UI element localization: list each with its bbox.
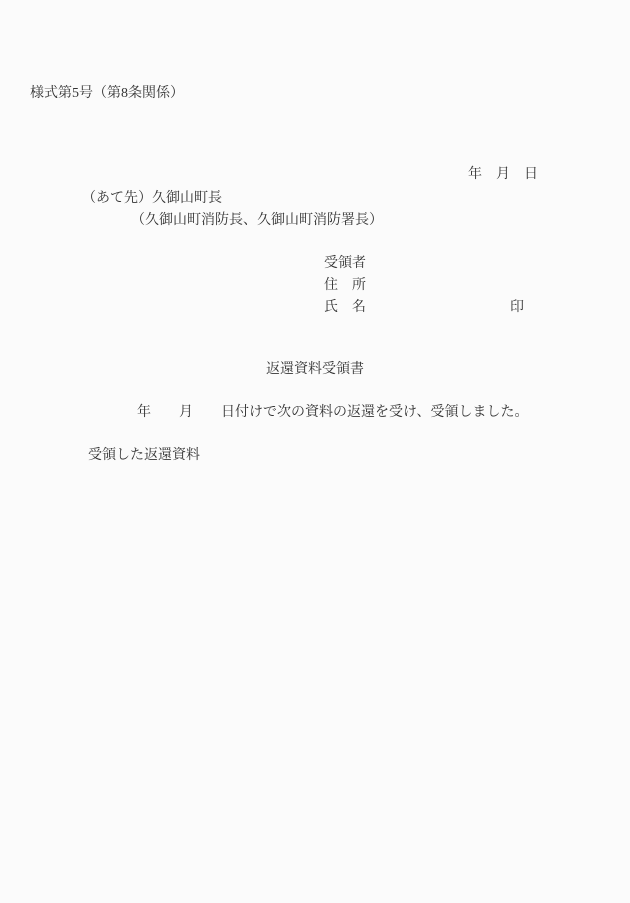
form-number: 様式第5号（第8条関係） [30, 84, 184, 104]
receipt-statement: 年 月 日付けで次の資料の返還を受け、受領しました。 [137, 403, 528, 423]
document-title: 返還資料受領書 [0, 360, 630, 380]
recipient-heading: 受領者 [324, 254, 366, 274]
recipient-address-label: 住 所 [324, 276, 366, 296]
date-line: 年 月 日 [468, 165, 538, 185]
addressee-line-mayor: （あて先）久御山町長 [82, 189, 222, 209]
addressee-line-fire-chiefs: （久御山町消防長、久御山町消防署長） [131, 211, 383, 231]
seal-mark: 印 [510, 298, 524, 318]
received-materials-label: 受領した返還資料 [88, 446, 200, 466]
document-page: 様式第5号（第8条関係） 年 月 日 （あて先）久御山町長 （久御山町消防長、久… [0, 0, 630, 903]
recipient-name-label: 氏 名 [324, 298, 366, 318]
